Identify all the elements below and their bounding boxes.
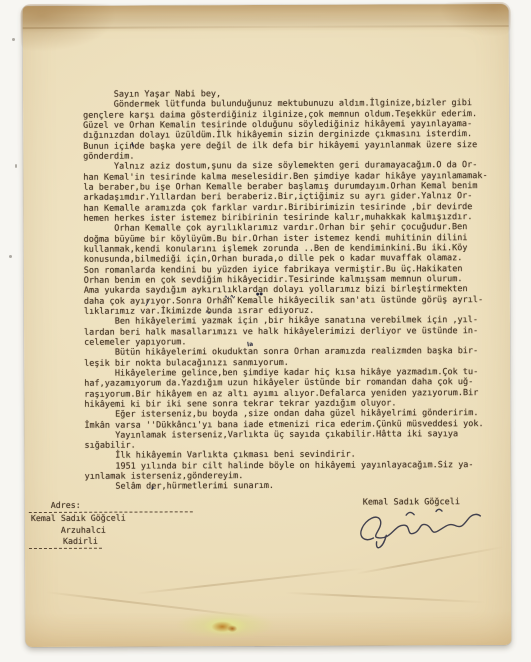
address-city: Kadirli	[29, 536, 102, 549]
address-occupation: Arzuhalci	[29, 524, 193, 536]
paper-crease	[46, 591, 255, 617]
letter-body-text: Sayın Yaşar Nabi bey, Göndermek lütfunda…	[83, 88, 507, 493]
letter-line: lardan beri halk masallarımızı ve halk h…	[84, 326, 506, 338]
paper-crease	[285, 592, 485, 603]
address-label: Adres:	[29, 499, 193, 513]
sender-address-block: Adres: Kemal Sadık Göğceli Arzuhalci Kad…	[29, 499, 193, 548]
address-name: Kemal Sadık Göğceli	[29, 513, 193, 525]
letter-paper: Sayın Yaşar Nabi bey, Göndermek lütfunda…	[23, 4, 512, 647]
paper-corner-smudge	[441, 2, 511, 36]
paper-stain	[227, 625, 237, 632]
letter-line: Bütün hikâyelerimi okuduktan sonra Orhan…	[84, 346, 506, 358]
scan-speck	[12, 38, 15, 41]
scan-speck	[9, 255, 12, 258]
letter-line: 1951 yılında bir cilt halinde böyle on h…	[85, 460, 507, 472]
paper-stain	[175, 611, 275, 639]
scan-speck	[15, 164, 17, 168]
scanned-letter-page: Sayın Yaşar Nabi bey, Göndermek lütfunda…	[0, 0, 531, 662]
handwritten-signature-icon	[350, 500, 492, 554]
letter-line: Selâm der,hürmetlerimi sunarım.	[85, 480, 507, 492]
letter-line: Bunun içinde başka yere değil de ilk def…	[83, 140, 505, 152]
paper-crease	[136, 568, 365, 595]
letter-line: raşıyorum.Bir hikâyem en az altı ayımı a…	[84, 387, 506, 399]
paper-stain	[203, 617, 247, 635]
paper-stain	[211, 621, 233, 632]
letter-line: Yayınlamak isterseniz,Varlıkta üç sayıda…	[84, 429, 506, 441]
